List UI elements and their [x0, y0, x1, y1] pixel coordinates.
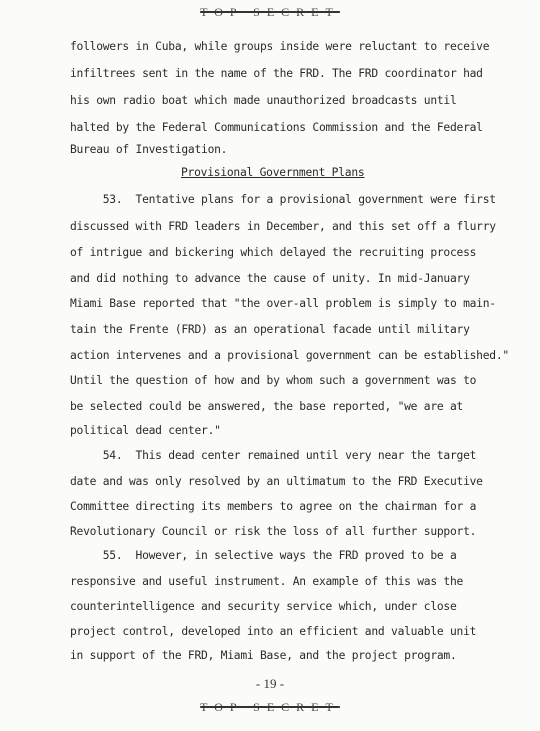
text-line: Bureau of Investigation. — [70, 143, 227, 157]
text-line: halted by the Federal Communications Com… — [70, 121, 483, 135]
paragraph-53-line: 53. Tentative plans for a provisional go… — [70, 193, 496, 207]
text-line: and did nothing to advance the cause of … — [70, 272, 470, 286]
document-page: TOP SECRET followers in Cuba, while grou… — [0, 0, 540, 731]
classification-header: TOP SECRET — [0, 5, 540, 20]
text-line: be selected could be answered, the base … — [70, 400, 463, 414]
classification-text: TOP SECRET — [200, 700, 340, 714]
text-line: in support of the FRD, Miami Base, and t… — [70, 649, 457, 663]
classification-footer: TOP SECRET — [0, 700, 540, 715]
text-line: Until the question of how and by whom su… — [70, 374, 476, 388]
page-number: - 19 - — [0, 676, 540, 692]
text-line: project control, developed into an effic… — [70, 625, 476, 639]
text-line: discussed with FRD leaders in December, … — [70, 220, 496, 234]
text-line: infiltrees sent in the name of the FRD. … — [70, 67, 483, 81]
text-line: followers in Cuba, while groups inside w… — [70, 40, 489, 54]
text-line: responsive and useful instrument. An exa… — [70, 575, 463, 589]
text-line: Committee directing its members to agree… — [70, 500, 476, 514]
text-line: date and was only resolved by an ultimat… — [70, 475, 483, 489]
paragraph-54-line: 54. This dead center remained until very… — [70, 449, 476, 463]
section-heading: Provisional Government Plans — [181, 166, 364, 179]
text-line: Revolutionary Council or risk the loss o… — [70, 525, 476, 539]
text-line: action intervenes and a provisional gove… — [70, 349, 509, 363]
text-line: his own radio boat which made unauthoriz… — [70, 94, 457, 108]
text-line: tain the Frente (FRD) as an operational … — [70, 323, 470, 337]
text-line: political dead center." — [70, 424, 221, 438]
text-line: of intrigue and bickering which delayed … — [70, 246, 476, 260]
paragraph-55-line: 55. However, in selective ways the FRD p… — [70, 549, 457, 563]
text-line: Miami Base reported that "the over-all p… — [70, 297, 496, 311]
classification-text: TOP SECRET — [200, 5, 340, 19]
text-line: counterintelligence and security service… — [70, 600, 457, 614]
